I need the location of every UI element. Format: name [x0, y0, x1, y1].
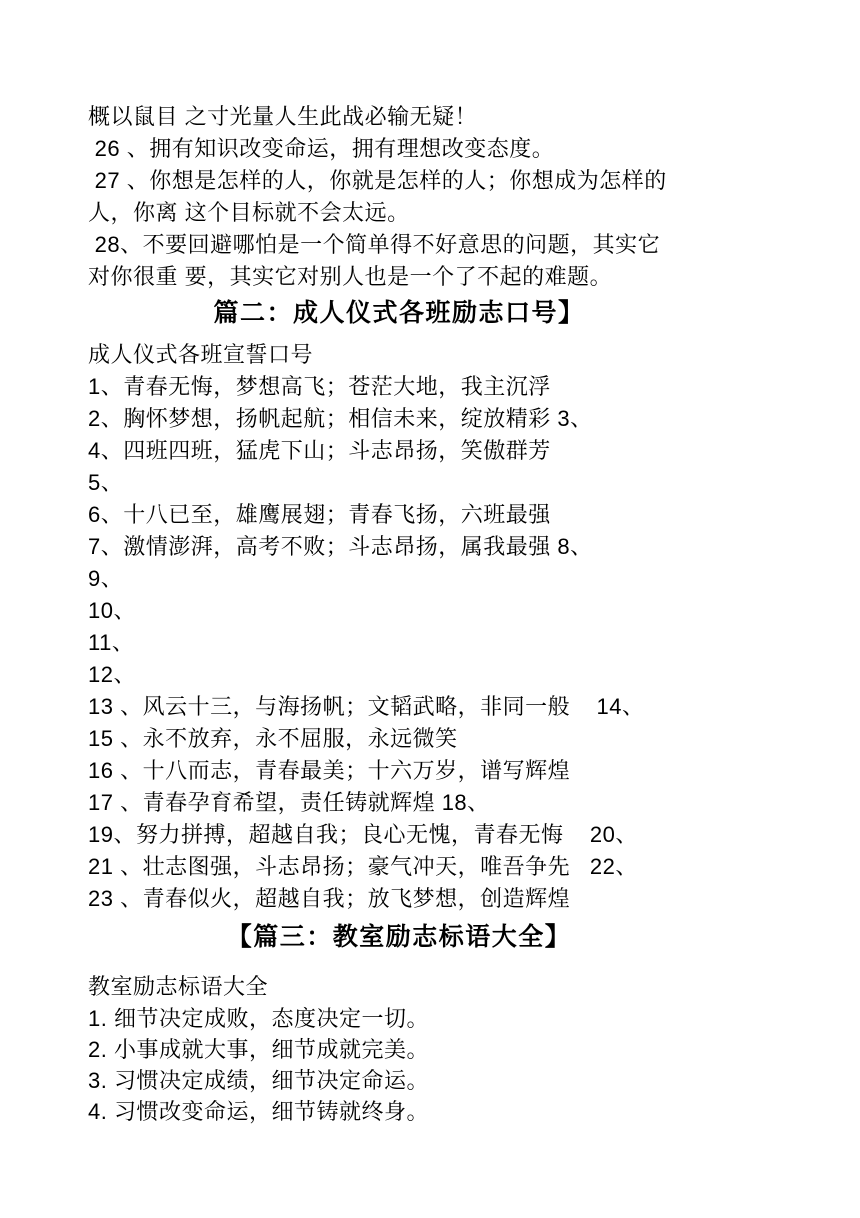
document-content: 概以鼠目 之寸光量人生此战必输无疑！ 26 、拥有知识改变命运，拥有理想改变态度…: [0, 0, 860, 1127]
slogan-line: 1、青春无悔，梦想高飞；苍茫大地，我主沉浮: [88, 371, 794, 403]
slogan-line: 2、胸怀梦想，扬帆起航；相信未来，绽放精彩 3、: [88, 403, 794, 435]
slogan-line: 17 、青春孕育希望，责任铸就辉煌 18、: [88, 787, 794, 819]
paragraph-line: 对你很重 要，其实它对别人也是一个了不起的难题。: [88, 261, 794, 293]
slogan-line: 4. 习惯改变命运，细节铸就终身。: [88, 1096, 794, 1127]
paragraph-line: 概以鼠目 之寸光量人生此战必输无疑！: [88, 101, 794, 133]
section-two: 成人仪式各班宣誓口号 1、青春无悔，梦想高飞；苍茫大地，我主沉浮 2、胸怀梦想，…: [88, 339, 794, 915]
section-three: 教室励志标语大全 1. 细节决定成败，态度决定一切。 2. 小事成就大事，细节成…: [88, 971, 794, 1127]
section-two-subtitle: 成人仪式各班宣誓口号: [88, 339, 794, 371]
slogan-line: 3. 习惯决定成绩，细节决定命运。: [88, 1065, 794, 1096]
paragraph-line: 27 、你想是怎样的人，你就是怎样的人；你想成为怎样的: [88, 165, 794, 197]
section-three-heading: 【篇三：教室励志标语大全】: [46, 919, 752, 955]
slogan-line: 5、: [88, 467, 794, 499]
document-page: 概以鼠目 之寸光量人生此战必输无疑！ 26 、拥有知识改变命运，拥有理想改变态度…: [0, 0, 860, 1218]
slogan-line: 4、四班四班，猛虎下山；斗志昂扬，笑傲群芳: [88, 435, 794, 467]
section-three-subtitle: 教室励志标语大全: [88, 971, 794, 1003]
slogan-line: 12、: [88, 659, 794, 691]
slogan-line: 15 、永不放弃，永不屈服，永远微笑: [88, 723, 794, 755]
slogan-line: 10、: [88, 595, 794, 627]
slogan-line: 7、激情澎湃，高考不败；斗志昂扬，属我最强 8、: [88, 531, 794, 563]
section-two-heading: 篇二：成人仪式各班励志口号】: [46, 295, 752, 331]
slogan-line: 9、: [88, 563, 794, 595]
slogan-line: 19、努力拼搏，超越自我；良心无愧，青春无悔 20、: [88, 819, 794, 851]
slogan-line: 16 、十八而志，青春最美；十六万岁，谱写辉煌: [88, 755, 794, 787]
paragraph-line: 人，你离 这个目标就不会太远。: [88, 197, 794, 229]
slogan-line: 23 、青春似火，超越自我；放飞梦想，创造辉煌: [88, 883, 794, 915]
paragraph-line: 28、不要回避哪怕是一个简单得不好意思的问题，其实它: [88, 229, 794, 261]
slogan-line: 13 、风云十三，与海扬帆；文韬武略，非同一般 14、: [88, 691, 794, 723]
slogan-line: 11、: [88, 627, 794, 659]
slogan-line: 21 、壮志图强，斗志昂扬；豪气冲天，唯吾争先 22、: [88, 851, 794, 883]
slogan-line: 6、十八已至，雄鹰展翅；青春飞扬，六班最强: [88, 499, 794, 531]
section-one: 概以鼠目 之寸光量人生此战必输无疑！ 26 、拥有知识改变命运，拥有理想改变态度…: [88, 101, 794, 293]
paragraph-line: 26 、拥有知识改变命运，拥有理想改变态度。: [88, 133, 794, 165]
slogan-line: 2. 小事成就大事，细节成就完美。: [88, 1034, 794, 1065]
slogan-line: 1. 细节决定成败，态度决定一切。: [88, 1003, 794, 1034]
